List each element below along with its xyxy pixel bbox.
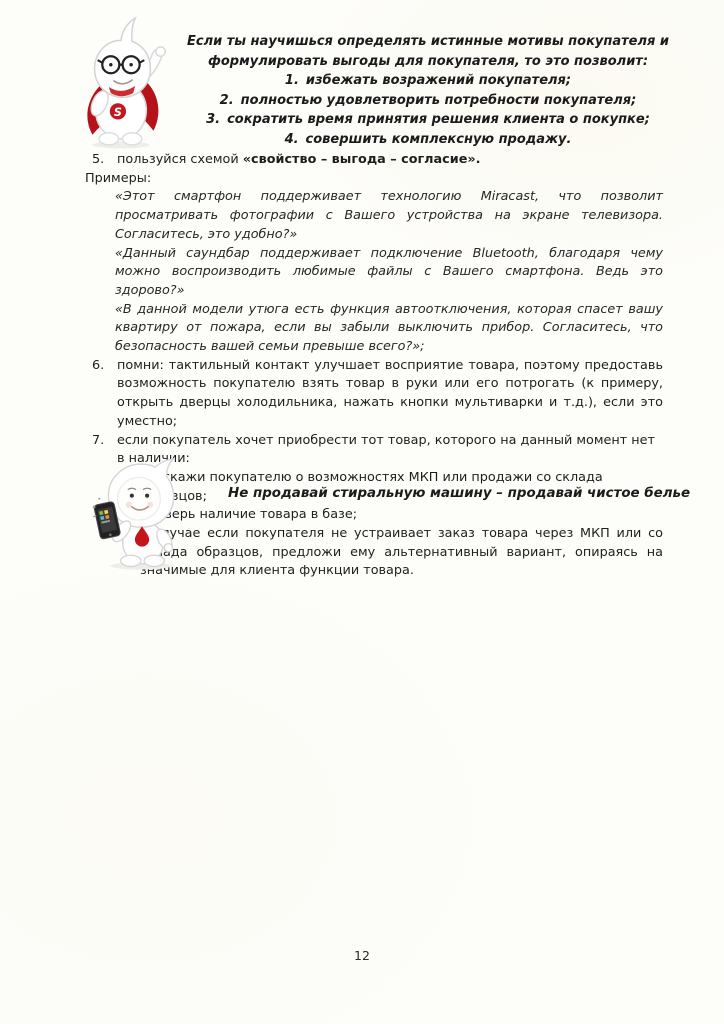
list-item-5-text: пользуйся схемой «свойство – выгода – со… <box>117 151 663 170</box>
superhero-mascot: S <box>56 16 190 150</box>
list-item-5: 5. пользуйся схемой «свойство – выгода –… <box>85 151 663 170</box>
smartphone-mascot <box>90 458 192 570</box>
intro-item-1: 1.избежать возражений покупателя; <box>172 71 684 91</box>
intro-quote: Если ты научишься определять истинные мо… <box>172 32 684 149</box>
slogan-text: Не продавай стиральную машину – продавай… <box>228 486 668 501</box>
intro-item-4: 4.совершить комплексную продажу. <box>172 130 684 150</box>
intro-line-1: Если ты научишься определять истинные мо… <box>172 32 684 52</box>
document-page: S Если ты научишься определять истинные … <box>0 0 724 1024</box>
smartphone-mascot-icon <box>90 458 192 570</box>
intro-item-2: 2.полностью удовлетворить потребности по… <box>172 91 684 111</box>
list-item-6: 6. помни: тактильный контакт улучшает во… <box>85 357 663 432</box>
list-item-6-text: помни: тактильный контакт улучшает воспр… <box>117 357 663 432</box>
example-quote-2: «Данный саундбар поддерживает подключени… <box>115 245 663 301</box>
examples-label: Примеры: <box>85 170 663 189</box>
example-quote-3: «В данной модели утюга есть функция авто… <box>115 301 663 357</box>
superhero-mascot-icon: S <box>56 16 190 150</box>
intro-line-2: формулировать выгоды для покупателя, то … <box>172 52 684 72</box>
example-quote-1: «Этот смартфон поддерживает технологию M… <box>115 188 663 244</box>
list-item-7-sub-2: – проверь наличие товара в базе; <box>117 506 663 525</box>
intro-item-3: 3.сократить время принятия решения клиен… <box>172 110 684 130</box>
list-item-7-sub-3: – в случае если покупателя не устраивает… <box>117 525 663 581</box>
list-item-6-number: 6. <box>85 357 117 432</box>
page-number: 12 <box>0 948 724 963</box>
mascot-badge-letter: S <box>114 106 122 119</box>
list-item-5-number: 5. <box>85 151 117 170</box>
list-item-7-text: если покупатель хочет приобрести тот тов… <box>117 432 663 469</box>
